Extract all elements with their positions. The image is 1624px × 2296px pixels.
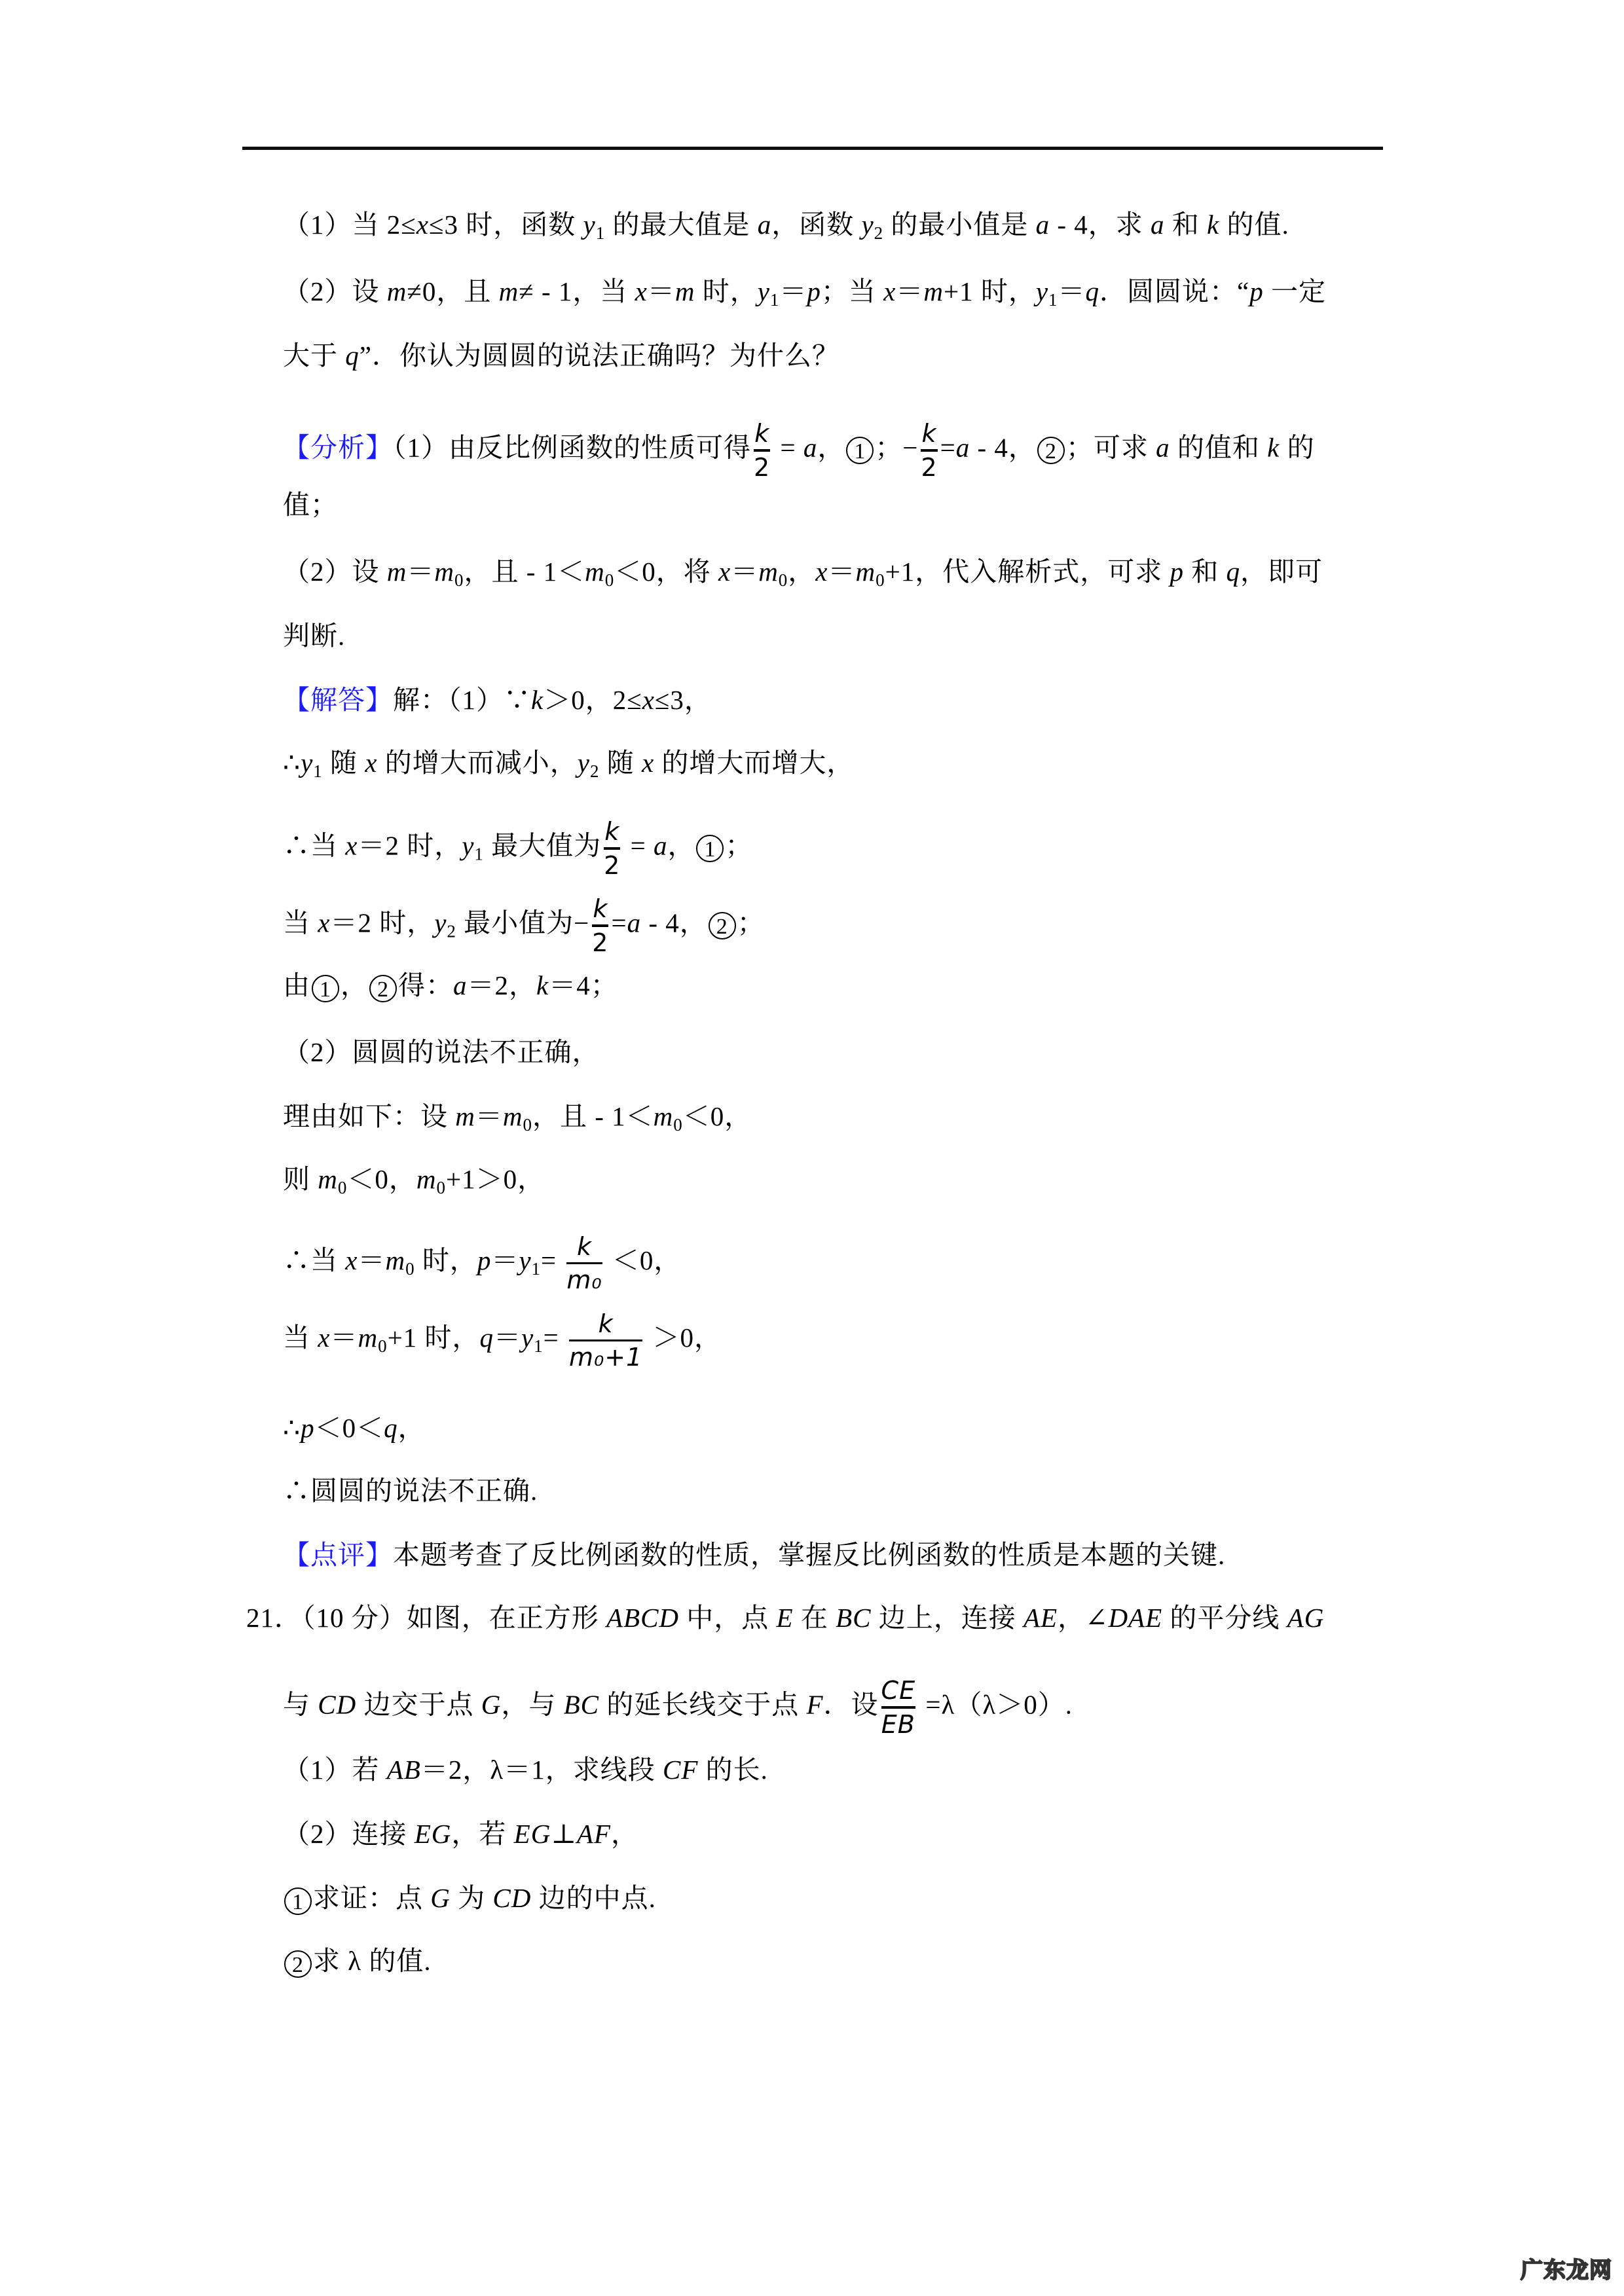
var: AG	[1287, 1603, 1325, 1633]
comment-line: 【点评】本题考查了反比例函数的性质，掌握反比例函数的性质是本题的关键.	[283, 1539, 1225, 1571]
text: - 4，求	[1050, 210, 1151, 240]
subscript: 0	[673, 1115, 683, 1135]
text: =λ（λ＞0）.	[918, 1689, 1073, 1719]
var: BC	[564, 1689, 599, 1719]
text: 由	[283, 970, 310, 1000]
var: x	[718, 556, 731, 587]
text: 则	[283, 1164, 318, 1194]
text: ＜0，	[683, 1101, 752, 1131]
solution-line6: （2）圆圆的说法不正确，	[283, 1036, 600, 1068]
var: k	[536, 970, 549, 1000]
text: 的最大值是	[605, 210, 758, 240]
text: （1）若	[283, 1755, 387, 1785]
var: a	[654, 830, 668, 860]
var: x	[815, 556, 828, 587]
text: ＝	[648, 276, 675, 306]
var: a	[1156, 432, 1170, 462]
subscript: 1	[1048, 290, 1058, 310]
text: 当	[283, 907, 318, 938]
var: EG	[514, 1819, 551, 1849]
var: q	[479, 1322, 494, 1353]
text: （2）设	[283, 556, 387, 587]
var: q	[345, 340, 360, 371]
text: 边交于点	[356, 1689, 481, 1719]
text: 时，	[415, 1245, 477, 1275]
subscript: 2	[447, 921, 456, 941]
text: ，	[817, 432, 845, 462]
solution-tag: 【解答】	[283, 685, 393, 715]
text: 解：（1）∵	[393, 685, 531, 715]
text: ；	[737, 907, 765, 938]
var: E	[777, 1603, 794, 1633]
solution-line3: ∴当 x＝2 时，y1 最大值为k2 = a，1；	[283, 817, 752, 880]
text: ≤3，	[655, 685, 712, 715]
numerator: k	[592, 894, 608, 923]
text: 的增大而减小，	[378, 748, 578, 778]
text: ＝2 时，	[330, 907, 434, 938]
text: 的	[1280, 432, 1314, 462]
numerator: CE	[881, 1676, 916, 1705]
text: 最大值为	[484, 830, 601, 860]
subscript: 0	[605, 570, 615, 590]
text: ＞0，	[645, 1322, 722, 1353]
fraction-ce-over-eb: CEEB	[881, 1676, 916, 1739]
var: a	[758, 210, 772, 240]
var: y	[301, 748, 313, 778]
var: G	[481, 1689, 502, 1719]
text: 边上，连接	[872, 1603, 1024, 1633]
var: m	[318, 1164, 338, 1194]
text: 和	[1165, 210, 1208, 240]
text: 的最小值是	[883, 210, 1036, 240]
text: ．圆圆说：“	[1099, 276, 1249, 306]
var: a	[956, 432, 970, 462]
var: ABCD	[606, 1603, 679, 1633]
var: EG	[415, 1819, 452, 1849]
var: AF	[577, 1819, 611, 1849]
var: x	[883, 276, 896, 306]
var: m	[455, 1101, 475, 1131]
text: 中，点	[679, 1603, 777, 1633]
subscript: 2	[874, 223, 884, 243]
text: ＜0，	[347, 1164, 416, 1194]
var: CF	[663, 1755, 698, 1785]
var: m	[499, 276, 519, 306]
var: AB	[387, 1755, 421, 1785]
circled-number-1: 1	[696, 835, 724, 862]
text: 在	[794, 1603, 836, 1633]
text: ；	[725, 830, 752, 860]
var: a	[1036, 210, 1050, 240]
text: ＞0，2≤	[544, 685, 642, 715]
denominator: m₀	[566, 1266, 602, 1294]
text: ＝	[330, 1322, 358, 1353]
circled-number-2: 2	[369, 975, 397, 1002]
text: 时，	[695, 276, 757, 306]
var: F	[806, 1689, 823, 1719]
text: ；可求	[1066, 432, 1156, 462]
var: a	[453, 970, 468, 1000]
problem21-line5: 1求证：点 G 为 CD 边的中点.	[283, 1882, 656, 1915]
subscript: 1	[313, 761, 323, 781]
var: p	[477, 1245, 492, 1275]
solution-line4: 当 x＝2 时，y2 最小值为−k2=a - 4，2；	[283, 894, 765, 957]
var: y	[434, 907, 447, 938]
var: a	[627, 907, 642, 938]
numerator: k	[921, 419, 937, 448]
text: 当	[283, 1322, 318, 1353]
text: ＝2，	[468, 970, 537, 1000]
fraction-bar	[921, 449, 937, 452]
text: ；−	[875, 432, 918, 462]
fraction-k-over-2: k2	[592, 894, 608, 957]
text: 随	[323, 748, 365, 778]
var: y	[462, 830, 474, 860]
text: ；当	[821, 276, 883, 306]
text: 的平分线	[1162, 1603, 1287, 1633]
solution-line11: ∴p＜0＜q，	[283, 1412, 426, 1444]
text: 大于	[283, 340, 345, 371]
text: ，	[341, 970, 368, 1000]
text: ＝	[475, 1101, 503, 1131]
text: 和	[1184, 556, 1227, 587]
text: （1）当 2≤	[283, 210, 416, 240]
text: ，若	[451, 1819, 513, 1849]
problem21-line4: （2）连接 EG，若 EG⊥AF，	[283, 1817, 638, 1850]
text: ”．你认为圆圆的说法正确吗？为什么？	[360, 340, 840, 371]
text: - 4，	[641, 907, 707, 938]
text: - 4，	[970, 432, 1036, 462]
fraction-bar	[604, 847, 620, 850]
text: 与	[283, 1689, 318, 1719]
fraction-k-over-m0-plus-1: km₀+1	[569, 1309, 642, 1372]
text: ＝	[896, 276, 923, 306]
var: k	[531, 685, 544, 715]
fraction-bar	[566, 1262, 602, 1264]
var: q	[384, 1413, 398, 1443]
solution-line2: ∴y1 随 x 的增大而减小，y2 随 x 的增大而增大，	[283, 746, 854, 788]
analysis-line1: 【分析】（1）由反比例函数的性质可得k2 = a，1；−k2=a - 4，2；可…	[283, 419, 1315, 482]
text: =	[544, 1322, 566, 1353]
var: q	[1226, 556, 1240, 587]
text: ，	[788, 556, 815, 587]
var: y	[521, 1322, 534, 1353]
var: m	[758, 556, 779, 587]
text: （1）由反比例函数的性质可得	[393, 432, 751, 462]
text: ＝	[1058, 276, 1086, 306]
text: 的延长线交于点	[599, 1689, 807, 1719]
var: DAE	[1108, 1603, 1162, 1633]
var: m	[585, 556, 605, 587]
subscript: 1	[474, 844, 484, 864]
var: y	[578, 748, 590, 778]
circled-number-1: 1	[312, 975, 339, 1002]
var: x	[642, 685, 655, 715]
var: G	[430, 1883, 451, 1913]
var: m	[503, 1101, 523, 1131]
denominator: 2	[921, 453, 937, 482]
var: m	[416, 1164, 437, 1194]
numerator: k	[566, 1232, 602, 1261]
var: m	[387, 556, 407, 587]
fraction-k-over-m0: km₀	[566, 1232, 602, 1294]
problem21-line6: 2求 λ 的值.	[283, 1944, 432, 1978]
var: m	[654, 1101, 674, 1131]
var: y	[583, 210, 595, 240]
header-rule	[242, 147, 1383, 150]
text: =	[773, 432, 803, 462]
subscript: 0	[454, 570, 464, 590]
var: x	[318, 1322, 330, 1353]
var: m	[434, 556, 454, 587]
subscript: 2	[590, 761, 600, 781]
text: ∴	[283, 748, 301, 778]
text: ⊥	[551, 1819, 577, 1849]
text: ∴	[283, 1413, 301, 1443]
text: ＝2，λ＝1，求线段	[421, 1755, 663, 1785]
var: a	[1151, 210, 1165, 240]
circled-number-2: 2	[1037, 437, 1065, 464]
solution-line12: ∴圆圆的说法不正确.	[283, 1474, 538, 1507]
text: ，	[667, 830, 695, 860]
subscript: 0	[523, 1115, 532, 1135]
var: x	[642, 748, 654, 778]
subscript: 0	[338, 1178, 348, 1197]
text: 得：	[398, 970, 453, 1000]
prev-problem-part2-line1: （2）设 m≠0，且 m≠ - 1，当 x＝m 时，y1＝p；当 x＝m+1 时…	[283, 275, 1326, 316]
text: 边的中点.	[531, 1883, 656, 1913]
var: k	[1207, 210, 1219, 240]
circled-number-1: 1	[284, 1887, 312, 1915]
text: ＝2 时，	[358, 830, 462, 860]
comment-tag: 【点评】	[283, 1540, 393, 1570]
text: 21．（10 分）如图，在正方形	[246, 1603, 606, 1633]
text: 的值.	[1219, 210, 1289, 240]
fraction-bar	[592, 924, 608, 927]
fraction-bar	[881, 1706, 916, 1709]
text: 的增大而增大，	[654, 748, 854, 778]
denominator: EB	[881, 1710, 916, 1739]
solution-line8: 则 m0＜0，m0+1＞0，	[283, 1163, 545, 1204]
var: m	[675, 276, 695, 306]
var: m	[856, 556, 876, 587]
problem21-line3: （1）若 AB＝2，λ＝1，求线段 CF 的长.	[283, 1753, 768, 1786]
var: m	[387, 276, 407, 306]
text: 一定	[1264, 276, 1326, 306]
fraction-k-over-2: k2	[921, 419, 937, 482]
var: m	[358, 1322, 378, 1353]
numerator: k	[754, 419, 770, 448]
analysis-tag: 【分析】	[283, 432, 393, 462]
text: ≠0，且	[407, 276, 498, 306]
text: （2）设	[283, 276, 387, 306]
solution-line10: 当 x＝m0+1 时，q＝y1= km₀+1 ＞0，	[283, 1309, 722, 1372]
text: 为	[451, 1883, 493, 1913]
var: x	[416, 210, 429, 240]
text: 求证：点	[313, 1883, 430, 1913]
text: +1 时，	[388, 1322, 480, 1353]
problem21-line1: 21．（10 分）如图，在正方形 ABCD 中，点 E 在 BC 边上，连接 A…	[246, 1601, 1324, 1634]
text: 的值和	[1170, 432, 1268, 462]
var: p	[1170, 556, 1184, 587]
text: +1＞0，	[446, 1164, 545, 1194]
watermark-logo: 广东龙网	[1521, 2252, 1612, 2284]
text: ∴当	[283, 830, 345, 860]
var: p	[301, 1413, 315, 1443]
var: x	[365, 748, 377, 778]
var: CD	[492, 1883, 531, 1913]
subscript: 1	[596, 223, 606, 243]
var: y	[758, 276, 770, 306]
text: =	[541, 1245, 564, 1275]
fraction-bar	[569, 1339, 642, 1341]
var: a	[803, 432, 818, 462]
text: ，	[398, 1413, 426, 1443]
comment-text: 本题考查了反比例函数的性质，掌握反比例函数的性质是本题的关键.	[393, 1540, 1225, 1570]
analysis-line4: 判断.	[283, 619, 345, 652]
var: AE	[1024, 1603, 1058, 1633]
text: 求 λ 的值.	[313, 1946, 432, 1976]
var: x	[345, 1245, 358, 1275]
var: x	[345, 830, 358, 860]
text: ＝	[358, 1245, 385, 1275]
var: p	[807, 276, 821, 306]
text: =	[940, 432, 956, 462]
text: ，∠	[1058, 1603, 1108, 1633]
circled-number-1: 1	[846, 437, 874, 464]
text: ∴当	[283, 1245, 345, 1275]
solution-line1: 【解答】解：（1）∵k＞0，2≤x≤3，	[283, 683, 712, 716]
denominator: 2	[754, 453, 770, 482]
text: ＝	[731, 556, 758, 587]
text: ，	[611, 1819, 638, 1849]
text: ＝	[828, 556, 856, 587]
var: CD	[318, 1689, 356, 1719]
denominator: 2	[592, 928, 608, 957]
var: k	[1267, 432, 1280, 462]
text: ＝	[407, 556, 434, 587]
solution-line9: ∴当 x＝m0 时，p＝y1= km₀ ＜0，	[283, 1232, 681, 1294]
subscript: 1	[534, 1336, 544, 1356]
prev-problem-part2-line2: 大于 q”．你认为圆圆的说法正确吗？为什么？	[283, 339, 840, 372]
subscript: 0	[378, 1336, 388, 1356]
var: x	[635, 276, 648, 306]
fraction-k-over-2: k2	[754, 419, 770, 482]
problem21-line2: 与 CD 边交于点 G，与 BC 的延长线交于点 F．设CEEB =λ（λ＞0）…	[283, 1676, 1073, 1739]
analysis-line2: 值；	[283, 488, 338, 521]
var: p	[1249, 276, 1264, 306]
subscript: 1	[770, 290, 780, 310]
numerator: k	[604, 817, 620, 846]
var: y	[861, 210, 874, 240]
text: ≠ - 1，当	[519, 276, 635, 306]
text: =	[623, 830, 654, 860]
text: +1，代入解析式，可求	[885, 556, 1170, 587]
text: ＝	[779, 276, 807, 306]
text: （2）连接	[283, 1819, 415, 1849]
text: 随	[599, 748, 642, 778]
text: ＝	[494, 1322, 521, 1353]
circled-number-2: 2	[284, 1950, 312, 1978]
text: ≤3 时，函数	[429, 210, 583, 240]
var: m	[923, 276, 944, 306]
text: ，且 - 1＜	[532, 1101, 654, 1131]
text: +1 时，	[944, 276, 1036, 306]
solution-line5: 由1，2得：a＝2，k＝4；	[283, 969, 618, 1002]
text: ＜0＜	[315, 1413, 384, 1443]
subscript: 0	[405, 1259, 415, 1279]
denominator: 2	[604, 851, 620, 880]
var: y	[519, 1245, 531, 1275]
prev-problem-part1: （1）当 2≤x≤3 时，函数 y1 的最大值是 a，函数 y2 的最小值是 a…	[283, 208, 1289, 249]
text: ，即可	[1240, 556, 1323, 587]
fraction-bar	[754, 449, 770, 452]
solution-line7: 理由如下：设 m＝m0，且 - 1＜m0＜0，	[283, 1100, 752, 1141]
text: 最小值为−	[456, 907, 589, 938]
subscript: 1	[532, 1259, 542, 1279]
denominator: m₀+1	[569, 1343, 642, 1372]
var: m	[385, 1245, 405, 1275]
text: ＜0，将	[614, 556, 718, 587]
circled-number-2: 2	[709, 912, 736, 939]
text: ，与	[501, 1689, 563, 1719]
text: ，且 - 1＜	[464, 556, 585, 587]
subscript: 0	[876, 570, 885, 590]
text: 理由如下：设	[283, 1101, 455, 1131]
text: 的长.	[698, 1755, 768, 1785]
subscript: 0	[779, 570, 788, 590]
subscript: 0	[436, 1178, 446, 1197]
var: q	[1086, 276, 1100, 306]
text: ＝4；	[549, 970, 618, 1000]
var: BC	[836, 1603, 871, 1633]
fraction-k-over-2: k2	[604, 817, 620, 880]
numerator: k	[569, 1309, 642, 1338]
analysis-line3: （2）设 m＝m0，且 - 1＜m0＜0，将 x＝m0，x＝m0+1，代入解析式…	[283, 555, 1323, 596]
var: x	[318, 907, 330, 938]
text: ，函数	[771, 210, 861, 240]
text: ．设	[824, 1689, 879, 1719]
text: ＝	[491, 1245, 519, 1275]
var: y	[1036, 276, 1048, 306]
text: ＜0，	[605, 1245, 682, 1275]
text: =	[611, 907, 627, 938]
